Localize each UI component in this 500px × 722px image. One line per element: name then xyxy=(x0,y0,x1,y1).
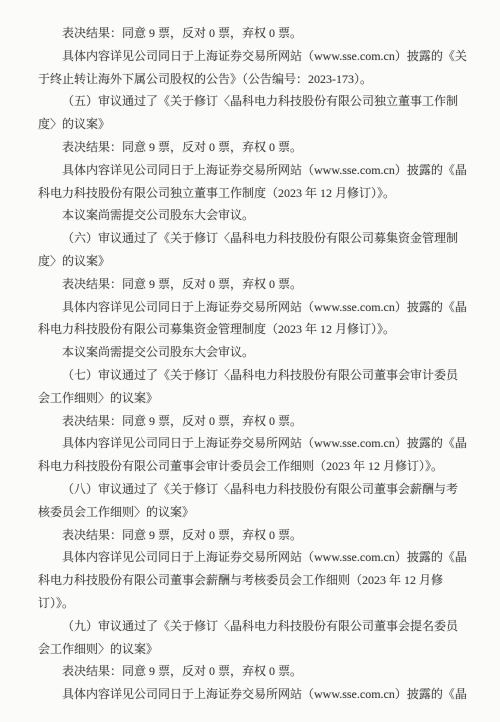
paragraph-disclosure-notice: 具体内容详见公司同日于上海证券交易所网站（www.sse.com.cn）披露的《… xyxy=(38,546,460,614)
text-line: 科电力科技股份有限公司董事会薪酬与考核委员会工作细则（2023 年 12 月修 xyxy=(38,569,460,592)
paragraph-item-6-heading: （六）审议通过了《关于修订〈晶科电力科技股份有限公司募集资金管理制 度〉的议案》 xyxy=(38,227,460,273)
text-line: 表决结果：同意 9 票，反对 0 票，弃权 0 票。 xyxy=(38,136,460,159)
text-line: 表决结果：同意 9 票，反对 0 票，弃权 0 票。 xyxy=(38,524,460,547)
text-line: （九）审议通过了《关于修订〈晶科电力科技股份有限公司董事会提名委员 xyxy=(38,615,460,638)
text-line: 会工作细则〉的议案》 xyxy=(38,387,460,410)
paragraph-item-7-heading: （七）审议通过了《关于修订〈晶科电力科技股份有限公司董事会审计委员 会工作细则〉… xyxy=(38,364,460,410)
text-line: 表决结果：同意 9 票，反对 0 票，弃权 0 票。 xyxy=(38,660,460,683)
text-line: 具体内容详见公司同日于上海证券交易所网站（www.sse.com.cn）披露的《… xyxy=(38,432,460,455)
text-line: 科电力科技股份有限公司募集资金管理制度（2023 年 12 月修订）》。 xyxy=(38,318,460,341)
text-line: （八）审议通过了《关于修订〈晶科电力科技股份有限公司董事会薪酬与考 xyxy=(38,478,460,501)
text-line: 于终止转让海外下属公司股权的公告》（公告编号：2023-173）。 xyxy=(38,68,460,91)
text-line: 核委员会工作细则〉的议案》 xyxy=(38,501,460,524)
paragraph-disclosure-notice: 具体内容详见公司同日于上海证券交易所网站（www.sse.com.cn）披露的《… xyxy=(38,432,460,478)
text-line: 具体内容详见公司同日于上海证券交易所网站（www.sse.com.cn）披露的《… xyxy=(38,45,460,68)
text-line: 科电力科技股份有限公司董事会审计委员会工作细则（2023 年 12 月修订）》。 xyxy=(38,455,460,478)
text-line: 表决结果：同意 9 票，反对 0 票，弃权 0 票。 xyxy=(38,410,460,433)
text-line: （六）审议通过了《关于修订〈晶科电力科技股份有限公司募集资金管理制 xyxy=(38,227,460,250)
text-line: 表决结果：同意 9 票，反对 0 票，弃权 0 票。 xyxy=(38,22,460,45)
text-line: 会工作细则〉的议案》 xyxy=(38,638,460,661)
paragraph-item-5-heading: （五）审议通过了《关于修订〈晶科电力科技股份有限公司独立董事工作制 度〉的议案》 xyxy=(38,90,460,136)
text-line: 具体内容详见公司同日于上海证券交易所网站（www.sse.com.cn）披露的《… xyxy=(38,683,460,706)
text-line: 表决结果：同意 9 票，反对 0 票，弃权 0 票。 xyxy=(38,273,460,296)
text-line: 具体内容详见公司同日于上海证券交易所网站（www.sse.com.cn）披露的《… xyxy=(38,159,460,182)
text-line: 度〉的议案》 xyxy=(38,113,460,136)
paragraph-vote-result: 表决结果：同意 9 票，反对 0 票，弃权 0 票。 xyxy=(38,660,460,683)
text-line: 本议案尚需提交公司股东大会审议。 xyxy=(38,341,460,364)
text-line: （五）审议通过了《关于修订〈晶科电力科技股份有限公司独立董事工作制 xyxy=(38,90,460,113)
paragraph-disclosure-notice: 具体内容详见公司同日于上海证券交易所网站（www.sse.com.cn）披露的《… xyxy=(38,45,460,91)
text-line: 度〉的议案》 xyxy=(38,250,460,273)
paragraph-item-9-heading: （九）审议通过了《关于修订〈晶科电力科技股份有限公司董事会提名委员 会工作细则〉… xyxy=(38,615,460,661)
text-line: 订）》。 xyxy=(38,592,460,615)
paragraph-vote-result: 表决结果：同意 9 票，反对 0 票，弃权 0 票。 xyxy=(38,136,460,159)
paragraph-shareholder-meeting-note: 本议案尚需提交公司股东大会审议。 xyxy=(38,341,460,364)
paragraph-vote-result: 表决结果：同意 9 票，反对 0 票，弃权 0 票。 xyxy=(38,410,460,433)
text-line: 科电力科技股份有限公司独立董事工作制度（2023 年 12 月修订）》。 xyxy=(38,182,460,205)
text-line: （七）审议通过了《关于修订〈晶科电力科技股份有限公司董事会审计委员 xyxy=(38,364,460,387)
paragraph-disclosure-notice: 具体内容详见公司同日于上海证券交易所网站（www.sse.com.cn）披露的《… xyxy=(38,296,460,342)
paragraph-vote-result: 表决结果：同意 9 票，反对 0 票，弃权 0 票。 xyxy=(38,524,460,547)
paragraph-vote-result: 表决结果：同意 9 票，反对 0 票，弃权 0 票。 xyxy=(38,273,460,296)
paragraph-disclosure-notice: 具体内容详见公司同日于上海证券交易所网站（www.sse.com.cn）披露的《… xyxy=(38,683,460,706)
text-line: 具体内容详见公司同日于上海证券交易所网站（www.sse.com.cn）披露的《… xyxy=(38,296,460,319)
document-page: 表决结果：同意 9 票，反对 0 票，弃权 0 票。 具体内容详见公司同日于上海… xyxy=(0,0,500,722)
paragraph-disclosure-notice: 具体内容详见公司同日于上海证券交易所网站（www.sse.com.cn）披露的《… xyxy=(38,159,460,205)
paragraph-vote-result: 表决结果：同意 9 票，反对 0 票，弃权 0 票。 xyxy=(38,22,460,45)
paragraph-item-8-heading: （八）审议通过了《关于修订〈晶科电力科技股份有限公司董事会薪酬与考 核委员会工作… xyxy=(38,478,460,524)
text-line: 具体内容详见公司同日于上海证券交易所网站（www.sse.com.cn）披露的《… xyxy=(38,546,460,569)
text-line: 本议案尚需提交公司股东大会审议。 xyxy=(38,204,460,227)
paragraph-shareholder-meeting-note: 本议案尚需提交公司股东大会审议。 xyxy=(38,204,460,227)
